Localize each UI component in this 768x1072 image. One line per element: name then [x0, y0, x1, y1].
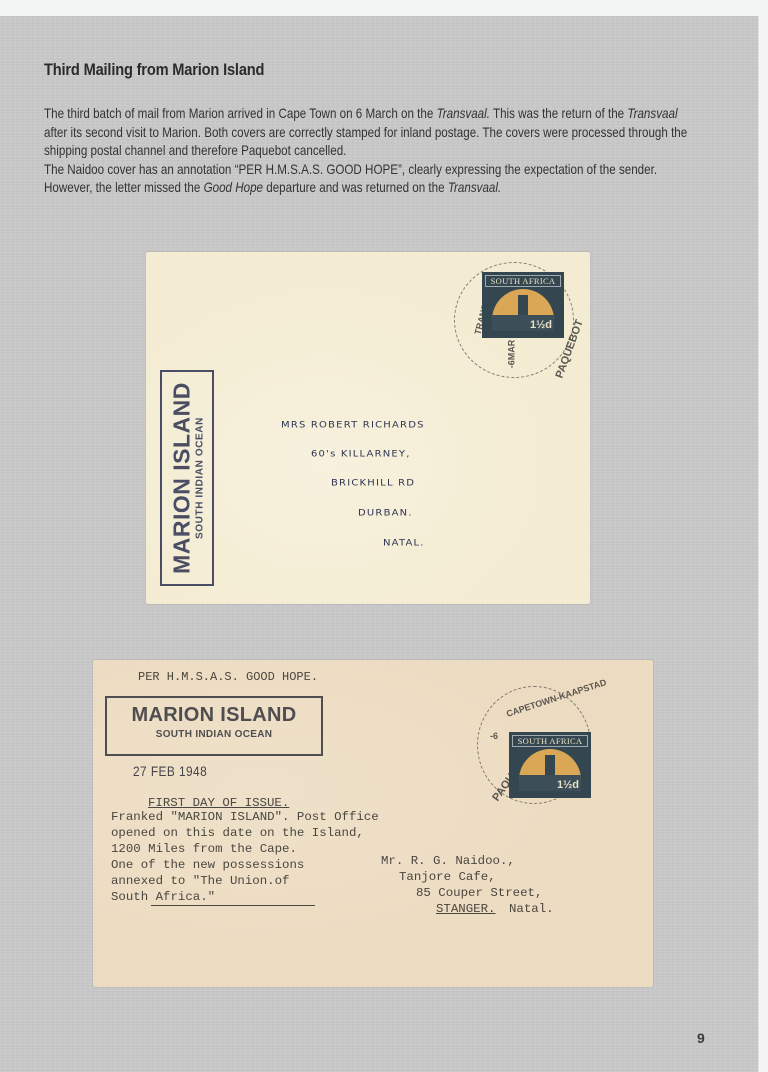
intro-text: The third batch of mail from Marion arri…: [44, 105, 702, 198]
address-line: 85 Couper Street,: [416, 886, 542, 900]
address-line: MRS ROBERT RICHARDS: [281, 421, 425, 430]
marion-island-cachet: MARION ISLAND SOUTH INDIAN OCEAN: [105, 696, 323, 756]
address-line: Mr. R. G. Naidoo.,: [381, 854, 515, 868]
cover-text-line: 1200 Miles from the Cape.: [111, 842, 297, 856]
address-line: Natal.: [509, 902, 554, 916]
cover-naidoo: PER H.M.S.A.S. GOOD HOPE. MARION ISLAND …: [93, 660, 653, 987]
cover-text-line: One of the new possessions: [111, 858, 304, 872]
first-day-heading: FIRST DAY OF ISSUE.: [148, 796, 289, 810]
ship-name: Transvaal: [627, 106, 677, 121]
intro-paragraph-2: The Naidoo cover has an annotation “PER …: [44, 161, 702, 198]
page-number: 9: [697, 1030, 705, 1046]
address-line: 60's KILLARNEY,: [311, 450, 411, 459]
address-line: NATAL.: [383, 539, 425, 548]
ship-name: Transvaal.: [437, 106, 490, 121]
ship-name: Transvaal.: [448, 180, 501, 195]
address-line: BRICKHILL RD: [331, 479, 415, 488]
postage-stamp: SOUTH AFRICA 1½d: [482, 272, 564, 338]
underline-rule: [151, 905, 315, 906]
cover-richards: TRANSVAAL -6MAR PAQUEBOT SOUTH AFRICA 1½…: [146, 252, 590, 604]
cover-text-line: opened on this date on the Island,: [111, 826, 364, 840]
postage-stamp: SOUTH AFRICA 1½d: [509, 732, 591, 798]
page-title: Third Mailing from Marion Island: [44, 60, 264, 80]
cover-text-line: annexed to "The Union.of: [111, 874, 289, 888]
address-line: Tanjore Cafe,: [399, 870, 496, 884]
cover-text-line: Franked "MARION ISLAND". Post Office: [111, 810, 379, 824]
album-page: Third Mailing from Marion Island The thi…: [0, 16, 759, 1072]
address-line: STANGER.: [436, 902, 496, 916]
annotation: PER H.M.S.A.S. GOOD HOPE.: [138, 670, 318, 684]
address-line: DURBAN.: [358, 509, 413, 518]
ship-name: Good Hope: [204, 180, 263, 195]
intro-paragraph-1: The third batch of mail from Marion arri…: [44, 105, 702, 161]
marion-island-cachet: MARION ISLAND SOUTH INDIAN OCEAN: [160, 370, 214, 586]
cover-text-line: South Africa.": [111, 890, 215, 904]
date-stamp: 27 FEB 1948: [133, 763, 207, 779]
